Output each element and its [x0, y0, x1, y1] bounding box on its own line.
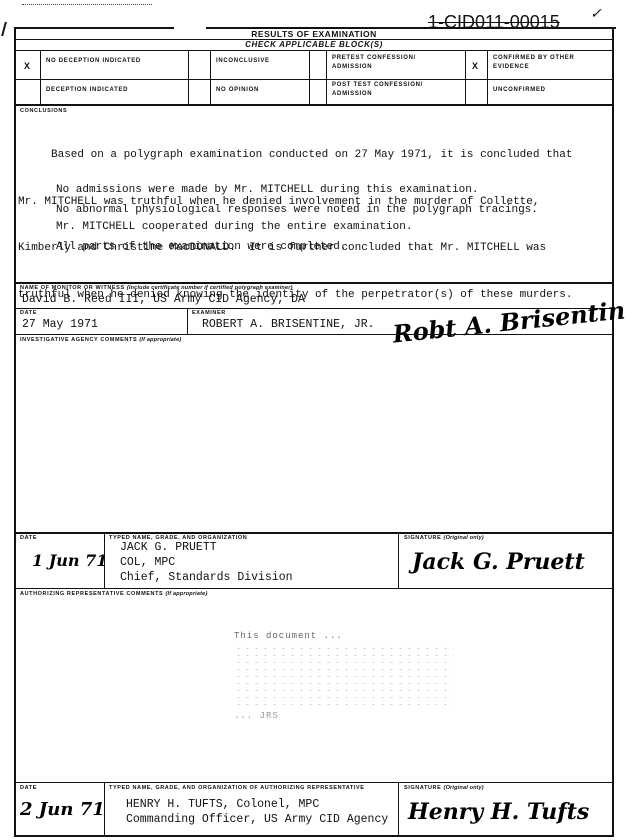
monitor-value[interactable]: David B. Reed III, US Army CID Agency, D…: [22, 292, 305, 307]
grid-line: [187, 308, 188, 334]
faded-stamp-line: This document ...: [234, 631, 343, 641]
statement: Mr. MITCHELL cooperated during the entir…: [56, 221, 538, 241]
results-of-examination-form: RESULTS OF EXAMINATION CHECK APPLICABLE …: [14, 27, 614, 837]
monitor-label-note: (Include certificate number if certified…: [127, 285, 293, 291]
investigative-comments-note: (If appropriate): [139, 337, 181, 343]
investigative-comments-label: INVESTIGATIVE AGENCY COMMENTS (If approp…: [20, 337, 181, 343]
divider: [16, 334, 612, 335]
grid-line: [398, 532, 399, 588]
exam-date-label: DATE: [20, 310, 37, 316]
divider: [16, 79, 612, 80]
grid-line: [398, 782, 399, 837]
checkbox-no-deception-indicated[interactable]: X: [24, 61, 30, 71]
margin-slash-mark: [1, 22, 7, 36]
investigative-comments-field[interactable]: [20, 347, 610, 525]
conclusions-label: CONCLUSIONS: [20, 108, 67, 114]
conclusions-line: Based on a polygraph examination conduct…: [18, 148, 573, 164]
block-label-no-opinion: NO OPINION: [216, 86, 306, 95]
grid-line: [210, 50, 211, 104]
authorizer-name-label: TYPED NAME, GRADE, AND ORGANIZATION OF A…: [109, 785, 399, 792]
reviewer-signature-label: SIGNATURE (Original only): [404, 535, 484, 541]
authorizer-date-label: DATE: [20, 785, 37, 791]
reviewer-name-line: COL, MPC: [120, 555, 293, 570]
block-label-unconfirmed: UNCONFIRMED: [493, 86, 603, 95]
authorizer-date-value: 2 Jun 71: [20, 799, 105, 820]
block-label-inconclusive: INCONCLUSIVE: [216, 57, 306, 66]
block-label-post-test-confession: POST TEST CONFESSION/ ADMISSION: [332, 81, 462, 99]
statement: No admissions were made by Mr. MITCHELL …: [56, 184, 538, 204]
reviewer-signature: Jack G. Pruett: [412, 549, 585, 575]
authorizer-name-line: HENRY H. TUFTS, Colonel, MPC: [126, 797, 388, 812]
divider: [16, 50, 612, 51]
top-scan-noise: [22, 4, 152, 6]
grid-line: [465, 50, 466, 104]
checkbox-confirmed-by-other-evidence[interactable]: X: [472, 61, 478, 71]
divider: [16, 588, 612, 589]
form-subtitle: CHECK APPLICABLE BLOCK(S): [16, 40, 612, 49]
check-mark: ✓: [590, 6, 602, 22]
authorizer-signature-label: SIGNATURE (Original only): [404, 785, 484, 791]
examiner-value[interactable]: ROBERT A. BRISENTINE, JR.: [202, 317, 375, 332]
grid-line: [40, 50, 41, 104]
authorizing-comments-label: AUTHORIZING REPRESENTATIVE COMMENTS (If …: [20, 591, 207, 597]
divider: [16, 282, 612, 284]
exam-date-value[interactable]: 27 May 1971: [22, 317, 98, 332]
divider: [16, 782, 612, 783]
grid-line: [309, 50, 310, 104]
reviewer-name-line: JACK G. PRUETT: [120, 540, 293, 555]
block-label-confirmed-by-other-evidence: CONFIRMED BY OTHER EVIDENCE: [493, 54, 603, 72]
grid-line: [104, 782, 105, 837]
conclusions-statements: No admissions were made by Mr. MITCHELL …: [56, 184, 538, 253]
statement: All parts of the examination were comple…: [56, 241, 538, 253]
authorizer-signature: Henry H. Tufts: [408, 799, 589, 825]
grid-line: [104, 532, 105, 588]
reviewer-date-label: DATE: [20, 535, 37, 541]
divider: [16, 104, 612, 106]
grid-line: [188, 50, 189, 104]
block-label-no-deception-indicated: NO DECEPTION INDICATED: [46, 57, 186, 66]
block-label-deception-indicated: DECEPTION INDICATED: [46, 86, 186, 95]
block-label-pretest-confession: PRETEST CONFESSION/ ADMISSION: [332, 54, 452, 72]
statement: No abnormal physiological responses were…: [56, 204, 538, 221]
examiner-label: EXAMINER: [192, 310, 226, 316]
authorizer-name-line: Commanding Officer, US Army CID Agency: [126, 812, 388, 827]
authorizer-name-block: HENRY H. TUFTS, Colonel, MPC Commanding …: [126, 797, 388, 827]
monitor-label: NAME OF MONITOR OR WITNESS (Include cert…: [20, 285, 293, 291]
reviewer-date-value: 1 Jun 71: [32, 551, 107, 570]
form-title: RESULTS OF EXAMINATION: [16, 29, 612, 39]
grid-line: [487, 50, 488, 104]
grid-line: [326, 50, 327, 104]
divider: [16, 532, 612, 534]
faded-stamp: This document ... ... JRS: [234, 631, 464, 731]
faded-stamp-line: ... JRS: [234, 711, 279, 721]
reviewer-name-line: Chief, Standards Division: [120, 570, 293, 585]
reviewer-name-block: JACK G. PRUETT COL, MPC Chief, Standards…: [120, 540, 293, 585]
faded-dots: [234, 645, 454, 705]
